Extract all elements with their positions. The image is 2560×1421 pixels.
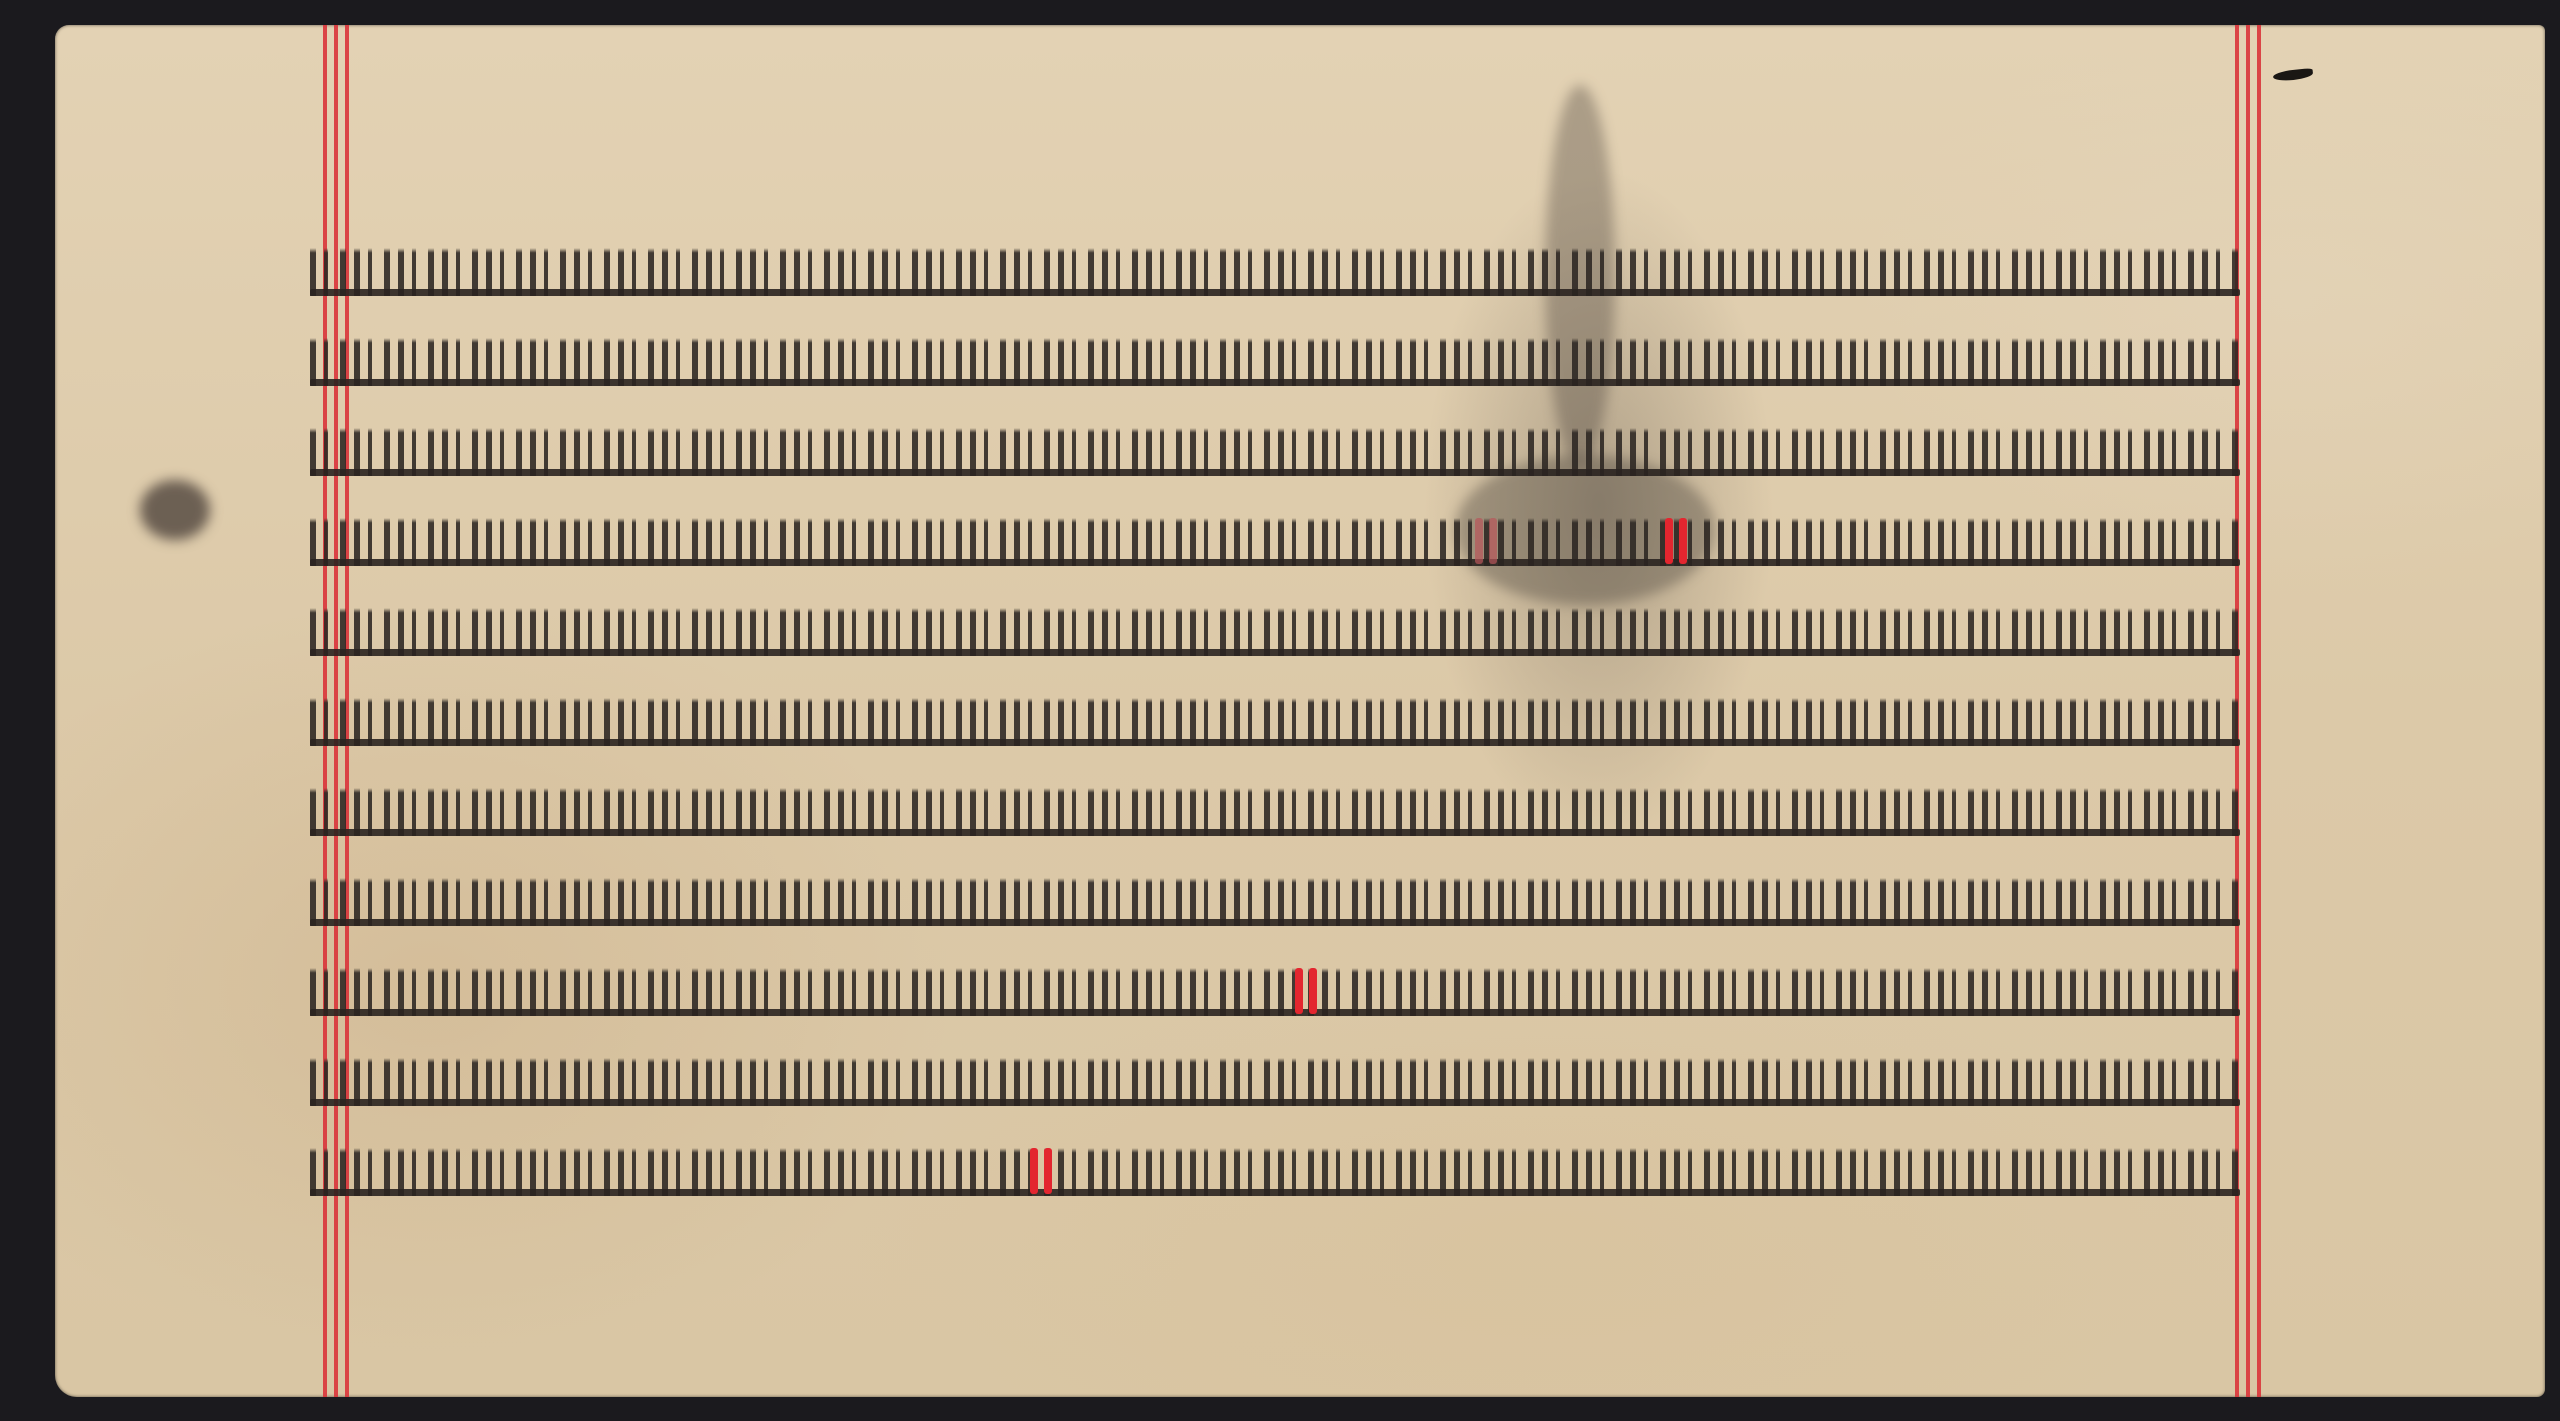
double-danda-mark (1030, 1148, 1054, 1194)
ink-mark (2273, 68, 2314, 82)
script-line: Line 1 (310, 240, 2240, 304)
script-line: Line 2 (310, 330, 2240, 394)
script-line: Line 6 (310, 690, 2240, 754)
script-line: Line 9 (310, 960, 2240, 1024)
double-danda-mark (1295, 968, 1319, 1014)
margin-rule (2257, 25, 2261, 1397)
manuscript-folio: Line 1 Line 2 Line 3 Line 4 Line 5 (55, 25, 2545, 1397)
margin-rule (2246, 25, 2250, 1397)
double-danda-mark (1475, 518, 1499, 564)
stain-left-margin (140, 480, 210, 540)
text-block: Line 1 Line 2 Line 3 Line 4 Line 5 (310, 240, 2240, 1230)
double-danda-mark (1665, 518, 1689, 564)
script-line: Line 3 (310, 420, 2240, 484)
script-line: Line 4 (310, 510, 2240, 574)
photograph: Line 1 Line 2 Line 3 Line 4 Line 5 (0, 0, 2560, 1421)
script-line: Line 7 (310, 780, 2240, 844)
script-line: Line 8 (310, 870, 2240, 934)
script-line: Line 5 (310, 600, 2240, 664)
script-line: Line 11 (310, 1140, 2240, 1204)
script-line: Line 10 (310, 1050, 2240, 1114)
